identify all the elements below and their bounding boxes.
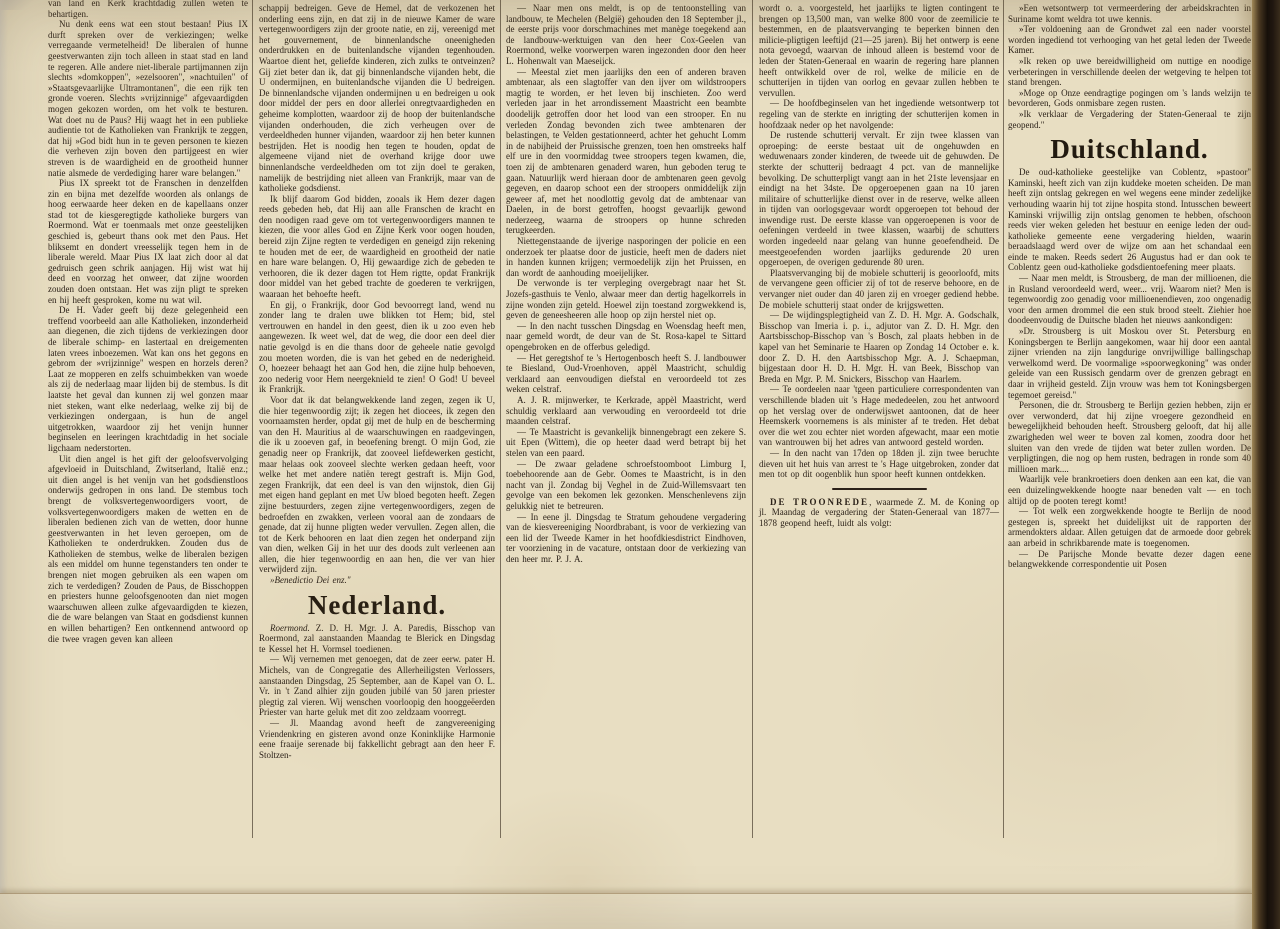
- page-bottom-edge: [0, 893, 1252, 929]
- paragraph: Waarlijk vele brankroetiers doen denken …: [1008, 474, 1251, 506]
- paragraph: — Tot welk een zorgwekkende hoogte te Be…: [1008, 506, 1251, 548]
- paragraph: Nu denk eens wat een stout bestaan! Pius…: [48, 19, 248, 178]
- scan-edge-right: [1252, 0, 1280, 929]
- scan-edge-left: [0, 0, 8, 929]
- paragraph: Voor dat ik dat belangwekkende land zege…: [259, 395, 495, 575]
- paragraph: — In den nacht van 17den op 18den jl. zi…: [759, 448, 999, 480]
- paragraph: van land en Kerk krachtdadig zullen wete…: [48, 0, 248, 19]
- paragraph: — Jl. Maandag avond heeft de zangvereeni…: [259, 718, 495, 760]
- section-heading-nederland: Nederland.: [259, 589, 495, 621]
- paragraph: »Ter voldoening aan de Grondwet zal een …: [1008, 24, 1251, 56]
- section-heading-duitschland: Duitschland.: [1008, 133, 1251, 165]
- column-rule-2: [500, 0, 501, 838]
- paragraph: De rustende schutterij vervalt. Er zijn …: [759, 130, 999, 268]
- newspaper-column-2: schappij bedreigen. Geve de Hemel, dat d…: [259, 3, 495, 760]
- newspaper-column-5: »Een wetsontwerp tot vermeerdering der a…: [1008, 3, 1251, 570]
- paragraph: — In eene jl. Dingsdag te Stratum gehoud…: [506, 512, 746, 565]
- paragraph: Ik blijf daarom God bidden, zooals ik He…: [259, 194, 495, 300]
- column-rule-4: [1003, 0, 1004, 838]
- paragraph: — Te Maastricht is gevankelijk binnengeb…: [506, 427, 746, 459]
- paragraph: Pius IX spreekt tot de Franschen in denz…: [48, 178, 248, 305]
- newspaper-column-4: wordt o. a. voorgesteld, het jaarlijks t…: [759, 3, 999, 529]
- paragraph: — Meestal ziet men jaarlijks den een of …: [506, 67, 746, 237]
- paragraph: Personen, die dr. Strousberg te Berlijn …: [1008, 400, 1251, 474]
- paragraph: Roermond. Z. D. H. Mgr. J. A. Paredis, B…: [259, 623, 495, 655]
- paragraph: — Wij vernemen met genoegen, dat de zeer…: [259, 654, 495, 718]
- paragraph: »Een wetsontwerp tot vermeerdering der a…: [1008, 3, 1251, 24]
- paragraph-lead: DE TROONREDE: [770, 497, 869, 507]
- paragraph: »Moge op Onze eendragtige pogingen om 's…: [1008, 88, 1251, 109]
- paragraph-lead: Roermond.: [270, 623, 310, 633]
- paragraph: — De hoofdbeginselen van het ingediende …: [759, 98, 999, 130]
- paragraph: De oud-katholieke geestelijke van Coblen…: [1008, 167, 1251, 273]
- paragraph: wordt o. a. voorgesteld, het jaarlijks t…: [759, 3, 999, 98]
- paragraph: — De zwaar geladene schroefstoomboot Lim…: [506, 459, 746, 512]
- paragraph: — De wijdingsplegtigheid van Z. D. H. Mg…: [759, 310, 999, 384]
- paragraph: schappij bedreigen. Geve de Hemel, dat d…: [259, 3, 495, 194]
- paragraph: — Het geregtshof te 's Hertogenbosch hee…: [506, 353, 746, 395]
- paragraph: — Te oordeelen naar 'tgeen particuliere …: [759, 384, 999, 448]
- paragraph: »Ik verklaar de Vergadering der Staten-G…: [1008, 109, 1251, 130]
- paragraph: DE TROONREDE, waarmede Z. M. de Koning o…: [759, 497, 999, 529]
- paragraph: De verwonde is ter verpleging overgebrag…: [506, 278, 746, 320]
- paragraph: — De Parijsche Monde bevatte dezer dagen…: [1008, 549, 1251, 570]
- paragraph: »Ik reken op uwe bereidwilligheid om nut…: [1008, 56, 1251, 88]
- paragraph: De H. Vader geeft bij deze gelegenheid e…: [48, 305, 248, 453]
- newspaper-page: van land en Kerk krachtdadig zullen wete…: [0, 0, 1280, 929]
- paragraph: »Benedictio Dei enz.": [259, 575, 495, 586]
- newspaper-column-1: van land en Kerk krachtdadig zullen wete…: [48, 3, 248, 644]
- column-rule-3: [752, 0, 753, 838]
- column-rule-1: [252, 0, 253, 838]
- paragraph: Uit dien angel is het gift der geloofsve…: [48, 454, 248, 645]
- paragraph: En gij, o Frankrijk, door God bevoorregt…: [259, 300, 495, 395]
- paragraph: A. J. R. mijnwerker, te Kerkrade, appèl …: [506, 395, 746, 427]
- paragraph: Plaatsvervanging bij de mobiele schutter…: [759, 268, 999, 310]
- paragraph: Niettegenstaande de ijverige nasporingen…: [506, 236, 746, 278]
- printers-rule: [832, 488, 927, 490]
- newspaper-column-3: — Naar men ons meldt, is op de tentoonst…: [506, 3, 746, 564]
- paragraph: — In den nacht tusschen Dingsdag en Woen…: [506, 321, 746, 353]
- paper-right-shade: [1234, 0, 1252, 929]
- paragraph: — Naar men meldt, is Strousberg, de man …: [1008, 273, 1251, 326]
- paragraph: »Dr. Strousberg is uit Moskou over St. P…: [1008, 326, 1251, 400]
- paragraph: — Naar men ons meldt, is op de tentoonst…: [506, 3, 746, 67]
